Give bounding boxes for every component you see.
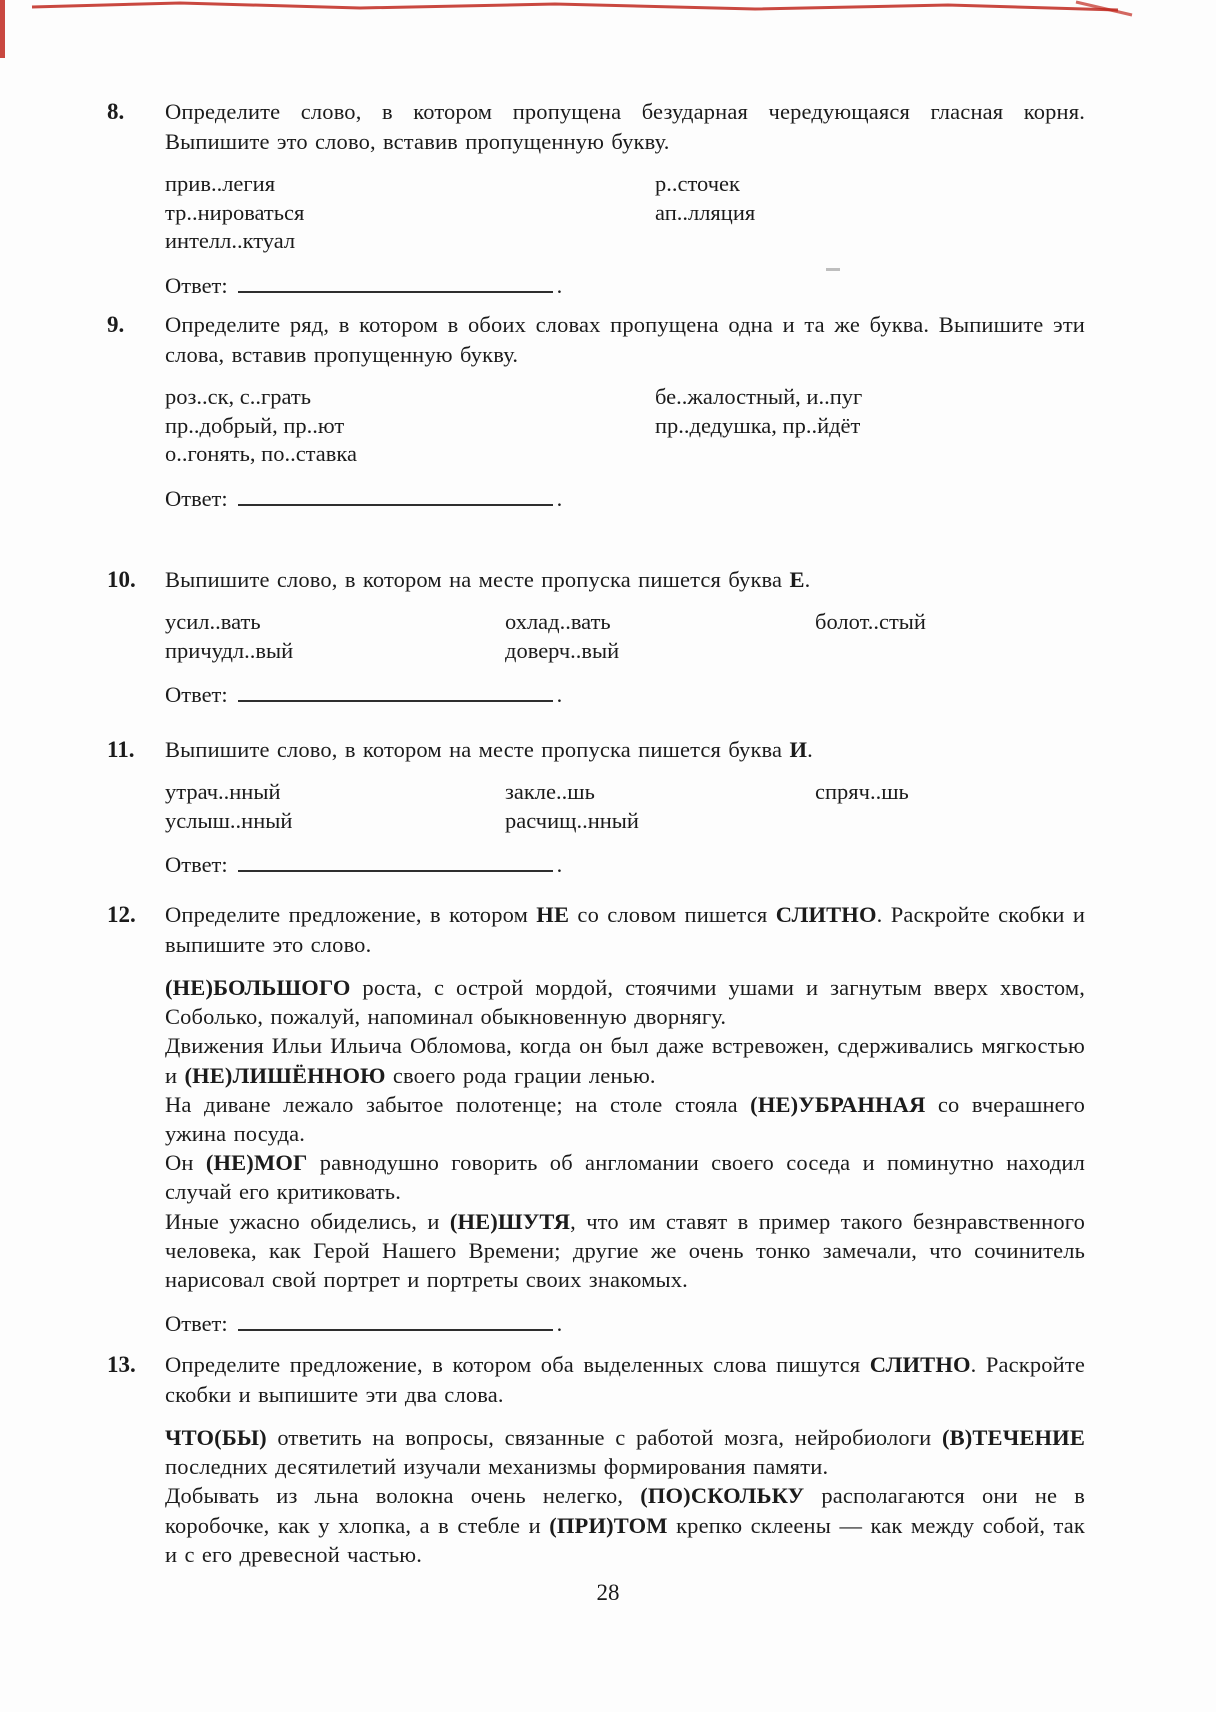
- word-column: болот..стый: [815, 608, 1085, 665]
- text-segment: Выпишите слово, в котором на месте пропу…: [165, 737, 789, 762]
- word-column: закле..шьрасчищ..нный: [505, 778, 815, 835]
- word-column: роз..ск, с..гратьпр..добрый, пр..юто..го…: [165, 383, 655, 469]
- emphasized-text: СЛИТНО: [776, 902, 877, 927]
- question-8-number: 8.: [107, 97, 124, 127]
- word-item: закле..шь: [505, 778, 815, 807]
- text-segment: .: [807, 737, 813, 762]
- text-segment: со словом пишется: [569, 902, 776, 927]
- word-item: усил..вать: [165, 608, 505, 637]
- top-edge-artifact-line: [32, 3, 1118, 10]
- question-13-sentences: ЧТО(БЫ) ответить на вопросы, связанные с…: [165, 1423, 1085, 1569]
- emphasized-text: (НЕ)ЛИШЁННОЮ: [184, 1063, 385, 1088]
- word-column: спряч..шь: [815, 778, 1085, 835]
- question-9-number: 9.: [107, 310, 124, 340]
- text-segment: Он: [165, 1150, 206, 1175]
- question-10-prompt: Выпишите слово, в котором на месте пропу…: [165, 565, 1085, 595]
- emphasized-text: (НЕ)ШУТЯ: [450, 1209, 570, 1234]
- word-item: интелл..ктуал: [165, 227, 655, 256]
- text-segment: Выпишите слово, в котором на месте пропу…: [165, 567, 789, 592]
- question-11-word-list: утрач..нныйуслыш..нный закле..шьрасчищ..…: [165, 778, 1085, 835]
- word-column: бе..жалостный, и..пугпр..дедушка, пр..йд…: [655, 383, 1085, 469]
- answer-blank-line: [238, 484, 553, 506]
- sentence-option: (НЕ)БОЛЬШОГО роста, с острой мордой, сто…: [165, 973, 1085, 1031]
- answer-label: Ответ:: [165, 852, 228, 877]
- word-item: причудл..вый: [165, 637, 505, 666]
- text-segment: Определите ряд, в котором в обоих словах…: [165, 312, 1085, 367]
- question-13-prompt: Определите предложение, в котором оба вы…: [165, 1350, 1085, 1410]
- question-10-answer-row: Ответ:.: [165, 680, 1085, 709]
- text-segment: Определите предложение, в котором оба вы…: [165, 1352, 870, 1377]
- text-segment: Добывать из льна волокна очень нелегко,: [165, 1483, 640, 1508]
- word-column: усил..ватьпричудл..вый: [165, 608, 505, 665]
- word-item: р..сточек: [655, 170, 1085, 199]
- text-segment: На диване лежало забытое полотенце; на с…: [165, 1092, 750, 1117]
- word-item: тр..нироваться: [165, 199, 655, 228]
- text-segment: Иные ужасно обиделись, и: [165, 1209, 450, 1234]
- emphasized-text: (НЕ)БОЛЬШОГО: [165, 975, 351, 1000]
- question-11: 11. Выпишите слово, в котором на месте п…: [105, 735, 1085, 879]
- scanned-exam-page: 8. Определите слово, в котором пропущена…: [0, 0, 1216, 1712]
- word-item: расчищ..нный: [505, 807, 815, 836]
- word-item: утрач..нный: [165, 778, 505, 807]
- answer-blank-line: [238, 271, 553, 293]
- question-9-word-list: роз..ск, с..гратьпр..добрый, пр..юто..го…: [165, 383, 1085, 469]
- answer-blank-line: [238, 850, 553, 872]
- answer-period: .: [557, 486, 563, 511]
- answer-blank-line: [238, 1309, 553, 1331]
- sentence-option: Добывать из льна волокна очень нелегко, …: [165, 1481, 1085, 1569]
- emphasized-text: (В)ТЕЧЕНИЕ: [942, 1425, 1085, 1450]
- emphasized-text: Е: [789, 567, 804, 592]
- question-10-word-list: усил..ватьпричудл..вый охлад..ватьдоверч…: [165, 608, 1085, 665]
- sentence-option: ЧТО(БЫ) ответить на вопросы, связанные с…: [165, 1423, 1085, 1481]
- text-segment: Определите предложение, в котором: [165, 902, 536, 927]
- text-segment: ответить на вопросы, связанные с работой…: [267, 1425, 942, 1450]
- word-column: утрач..нныйуслыш..нный: [165, 778, 505, 835]
- emphasized-text: (НЕ)МОГ: [206, 1150, 308, 1175]
- question-12-answer-row: Ответ:.: [165, 1309, 1085, 1338]
- emphasized-text: (НЕ)УБРАННАЯ: [750, 1092, 925, 1117]
- question-8-word-list: прив..легиятр..нироватьсяинтелл..ктуал р…: [165, 170, 1085, 256]
- answer-period: .: [557, 273, 563, 298]
- question-10: 10. Выпишите слово, в котором на месте п…: [105, 565, 1085, 709]
- text-segment: своего рода грации ленью.: [386, 1063, 656, 1088]
- answer-label: Ответ:: [165, 273, 228, 298]
- question-9: 9. Определите ряд, в котором в обоих сло…: [105, 310, 1085, 513]
- text-segment: Определите слово, в котором пропущена бе…: [165, 99, 1085, 154]
- answer-period: .: [557, 852, 563, 877]
- word-item: пр..дедушка, пр..йдёт: [655, 412, 1085, 441]
- word-item: пр..добрый, пр..ют: [165, 412, 655, 441]
- word-item: ап..лляция: [655, 199, 1085, 228]
- sentence-option: На диване лежало забытое полотенце; на с…: [165, 1090, 1085, 1148]
- question-9-answer-row: Ответ:.: [165, 484, 1085, 513]
- sentence-option: Он (НЕ)МОГ равнодушно говорить об англом…: [165, 1148, 1085, 1206]
- answer-label: Ответ:: [165, 1311, 228, 1336]
- question-13-number: 13.: [107, 1350, 136, 1380]
- word-column: прив..легиятр..нироватьсяинтелл..ктуал: [165, 170, 655, 256]
- emphasized-text: (ПРИ)ТОМ: [549, 1513, 667, 1538]
- text-segment: .: [805, 567, 811, 592]
- emphasized-text: ЧТО(БЫ): [165, 1425, 267, 1450]
- emphasized-text: НЕ: [536, 902, 569, 927]
- question-10-number: 10.: [107, 565, 136, 595]
- word-item: охлад..вать: [505, 608, 815, 637]
- answer-period: .: [557, 682, 563, 707]
- word-item: болот..стый: [815, 608, 1085, 637]
- answer-label: Ответ:: [165, 486, 228, 511]
- word-item: роз..ск, с..грать: [165, 383, 655, 412]
- emphasized-text: СЛИТНО: [870, 1352, 971, 1377]
- answer-period: .: [557, 1311, 563, 1336]
- word-item: спряч..шь: [815, 778, 1085, 807]
- answer-label: Ответ:: [165, 682, 228, 707]
- question-8-answer-row: Ответ:.: [165, 271, 1085, 300]
- question-12-sentences: (НЕ)БОЛЬШОГО роста, с острой мордой, сто…: [165, 973, 1085, 1294]
- answer-blank-line: [238, 680, 553, 702]
- question-11-answer-row: Ответ:.: [165, 850, 1085, 879]
- text-segment: последних десятилетий изучали механизмы …: [165, 1454, 828, 1479]
- word-item: о..гонять, по..ставка: [165, 440, 655, 469]
- emphasized-text: И: [789, 737, 807, 762]
- word-column: р..сточекап..лляция: [655, 170, 1085, 256]
- question-8-prompt: Определите слово, в котором пропущена бе…: [165, 97, 1085, 157]
- page-number: 28: [0, 1580, 1216, 1606]
- question-11-number: 11.: [107, 735, 134, 765]
- left-edge-artifact-line: [0, 0, 5, 58]
- word-column: охлад..ватьдоверч..вый: [505, 608, 815, 665]
- question-12-number: 12.: [107, 900, 136, 930]
- emphasized-text: (ПО)СКОЛЬКУ: [640, 1483, 804, 1508]
- question-11-prompt: Выпишите слово, в котором на месте пропу…: [165, 735, 1085, 765]
- question-8: 8. Определите слово, в котором пропущена…: [105, 97, 1085, 300]
- question-12: 12. Определите предложение, в котором НЕ…: [105, 900, 1085, 1338]
- sentence-option: Иные ужасно обиделись, и (НЕ)ШУТЯ, что и…: [165, 1207, 1085, 1295]
- question-9-prompt: Определите ряд, в котором в обоих словах…: [165, 310, 1085, 370]
- word-item: прив..легия: [165, 170, 655, 199]
- word-item: доверч..вый: [505, 637, 815, 666]
- question-13: 13. Определите предложение, в котором об…: [105, 1350, 1085, 1569]
- word-item: бе..жалостный, и..пуг: [655, 383, 1085, 412]
- question-12-prompt: Определите предложение, в котором НЕ со …: [165, 900, 1085, 960]
- scan-edge-artifacts: [0, 0, 1216, 80]
- sentence-option: Движения Ильи Ильича Обломова, когда он …: [165, 1031, 1085, 1089]
- word-item: услыш..нный: [165, 807, 505, 836]
